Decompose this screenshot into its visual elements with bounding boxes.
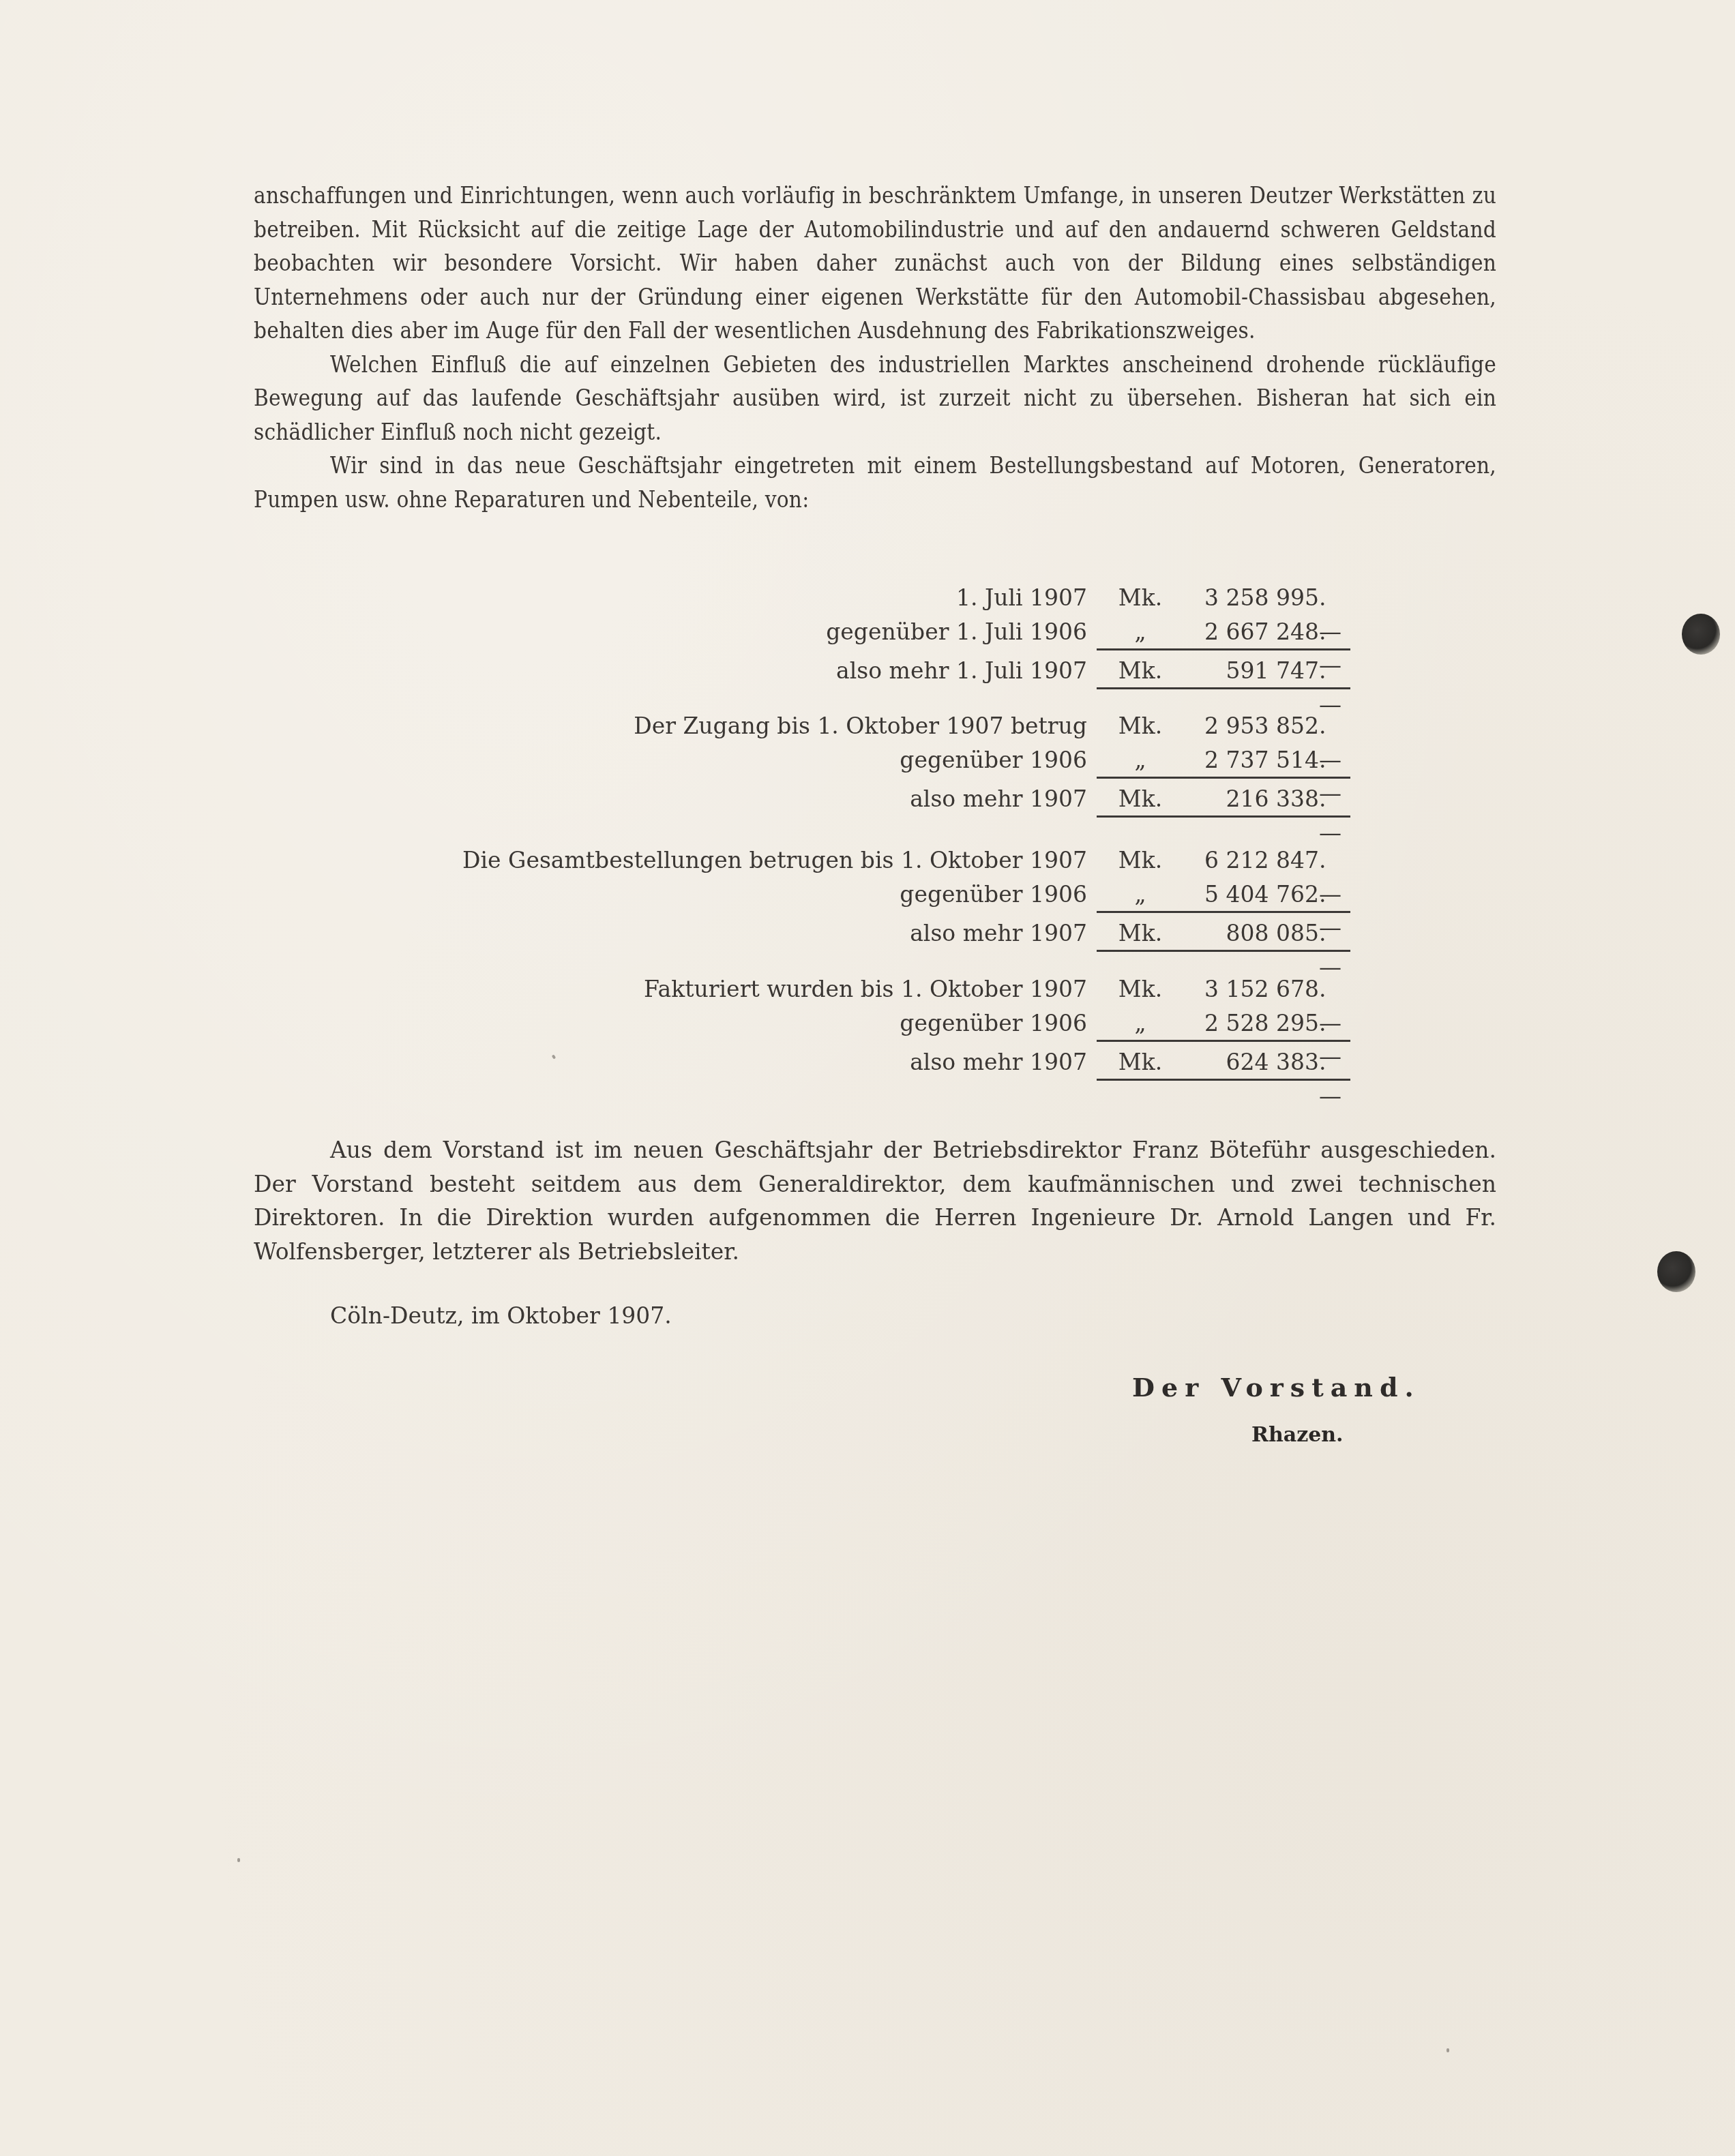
row-label: gegenüber 1906 <box>900 878 1087 912</box>
row-currency: „ <box>1108 743 1173 777</box>
sum-rule <box>1097 1040 1350 1042</box>
row-currency: Mk. <box>1108 916 1173 950</box>
paragraph-continued: anschaffungen und Einrichtungen, wenn au… <box>254 179 1496 348</box>
table-row: gegenüber 1. Juli 1906 „ 2 667 248 .— <box>254 615 1346 649</box>
row-currency: Mk. <box>1108 1045 1173 1079</box>
total-rule <box>1097 1079 1350 1081</box>
table-row: Die Gesamtbestellungen betrugen bis 1. O… <box>254 843 1346 878</box>
table-row: Der Zugang bis 1. Oktober 1907 betrug Mk… <box>254 709 1346 743</box>
punch-hole-icon <box>1657 1251 1695 1292</box>
row-currency: Mk. <box>1108 581 1173 615</box>
row-value: 591 747 <box>1173 654 1319 688</box>
total-rule <box>1097 815 1350 818</box>
row-value: 2 737 514 <box>1173 743 1319 777</box>
table-row: 1. Juli 1907 Mk. 3 258 995 .— <box>254 581 1346 615</box>
row-currency: Mk. <box>1108 843 1173 878</box>
row-value: 624 383 <box>1173 1045 1319 1079</box>
table-row: also mehr 1907 Mk. 808 085 .— <box>254 916 1346 950</box>
row-currency: „ <box>1108 615 1173 649</box>
row-currency: Mk. <box>1108 972 1173 1006</box>
row-value: 2 667 248 <box>1173 615 1319 649</box>
total-rule <box>1097 687 1350 689</box>
row-currency: Mk. <box>1108 782 1173 816</box>
row-currency: Mk. <box>1108 654 1173 688</box>
row-label: gegenüber 1906 <box>900 1006 1087 1040</box>
row-value: 808 085 <box>1173 916 1319 950</box>
row-label: Der Zugang bis 1. Oktober 1907 betrug <box>634 709 1087 743</box>
row-label: Fakturiert wurden bis 1. Oktober 1907 <box>644 972 1087 1006</box>
row-currency: „ <box>1108 878 1173 912</box>
figures-table-invoiced: Fakturiert wurden bis 1. Oktober 1907 Mk… <box>254 972 1346 1079</box>
row-value: 3 258 995 <box>1173 581 1319 615</box>
row-label: also mehr 1907 <box>910 782 1087 816</box>
signature-name: Rhazen. <box>1251 1422 1344 1449</box>
paragraph-order-backlog: Wir sind in das neue Geschäftsjahr einge… <box>254 449 1496 516</box>
row-value: 3 152 678 <box>1173 972 1319 1006</box>
figures-table-backlog: 1. Juli 1907 Mk. 3 258 995 .— gegenüber … <box>254 581 1346 688</box>
table-row: also mehr 1. Juli 1907 Mk. 591 747 .— <box>254 654 1346 688</box>
table-row: also mehr 1907 Mk. 216 338 .— <box>254 782 1346 816</box>
table-row: gegenüber 1906 „ 5 404 762 .— <box>254 878 1346 912</box>
signature-heading: Der Vorstand. <box>1132 1371 1421 1405</box>
paragraph-market-influence: Welchen Einfluß die auf einzelnen Gebiet… <box>254 348 1496 449</box>
row-label: also mehr 1907 <box>910 1045 1087 1079</box>
row-value: 216 338 <box>1173 782 1319 816</box>
closing-text: Aus dem Vorstand ist im neuen Geschäftsj… <box>254 1133 1496 1268</box>
punch-hole-icon <box>1682 614 1720 655</box>
row-label: also mehr 1907 <box>910 916 1087 950</box>
table-row: gegenüber 1906 „ 2 737 514 .— <box>254 743 1346 777</box>
paper-speck <box>1447 2048 1449 2052</box>
row-currency: Mk. <box>1108 709 1173 743</box>
row-currency: „ <box>1108 1006 1173 1040</box>
place-date: Cöln-Deutz, im Oktober 1907. <box>330 1299 672 1333</box>
sum-rule <box>1097 648 1350 650</box>
total-rule <box>1097 950 1350 952</box>
row-value: 2 953 852 <box>1173 709 1319 743</box>
row-label: gegenüber 1906 <box>900 743 1087 777</box>
table-row: also mehr 1907 Mk. 624 383 .— <box>254 1045 1346 1079</box>
row-label: gegenüber 1. Juli 1906 <box>826 615 1087 649</box>
row-label: 1. Juli 1907 <box>956 581 1087 615</box>
row-value: 5 404 762 <box>1173 878 1319 912</box>
row-value: 6 212 847 <box>1173 843 1319 878</box>
table-row: Fakturiert wurden bis 1. Oktober 1907 Mk… <box>254 972 1346 1006</box>
figures-table-total-orders: Die Gesamtbestellungen betrugen bis 1. O… <box>254 843 1346 950</box>
row-label: also mehr 1. Juli 1907 <box>836 654 1087 688</box>
paper-speck <box>237 1858 240 1862</box>
intro-text: anschaffungen und Einrichtungen, wenn au… <box>254 179 1496 516</box>
scanned-page: anschaffungen und Einrichtungen, wenn au… <box>0 0 1735 2156</box>
paragraph-board-changes: Aus dem Vorstand ist im neuen Geschäftsj… <box>254 1133 1496 1268</box>
row-label: Die Gesamtbestellungen betrugen bis 1. O… <box>462 843 1087 878</box>
sum-rule <box>1097 911 1350 913</box>
sum-rule <box>1097 777 1350 779</box>
row-value: 2 528 295 <box>1173 1006 1319 1040</box>
figures-table-intake: Der Zugang bis 1. Oktober 1907 betrug Mk… <box>254 709 1346 816</box>
table-row: gegenüber 1906 „ 2 528 295 .— <box>254 1006 1346 1040</box>
